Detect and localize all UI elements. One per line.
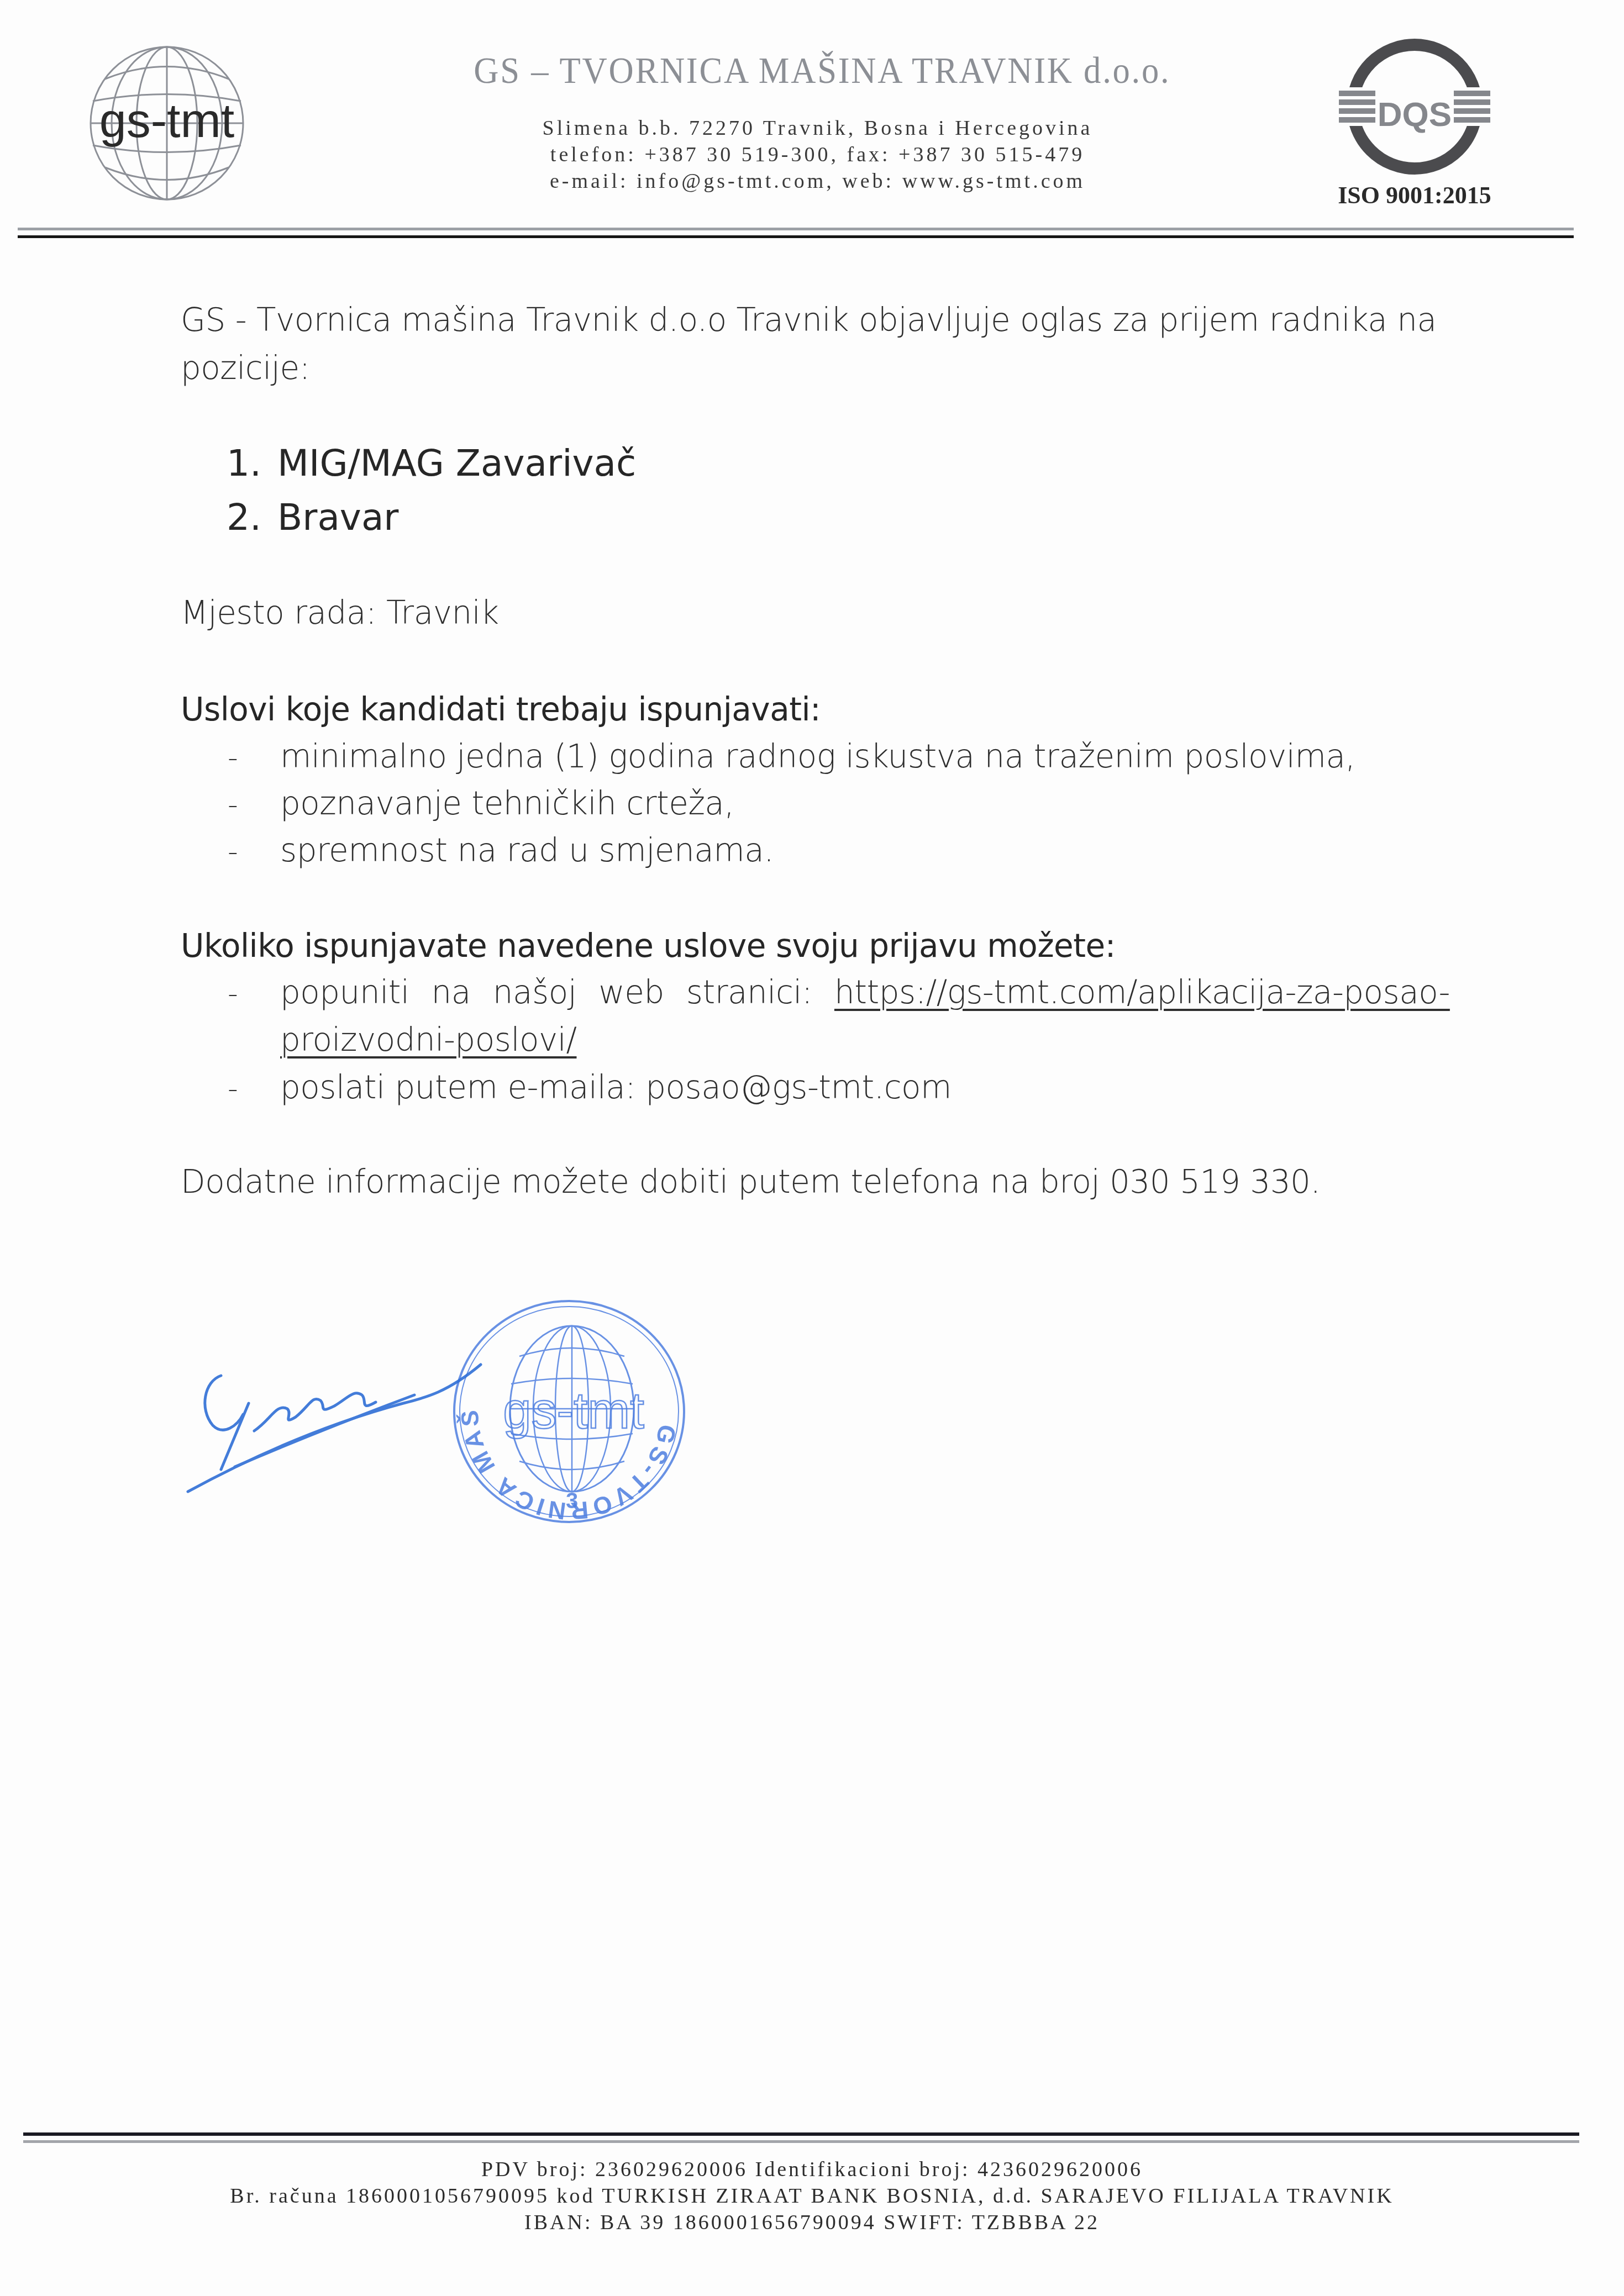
position-title: Bravar [277, 496, 399, 539]
application-form-link-part-2[interactable]: proizvodni-poslovi/ [280, 1021, 576, 1059]
condition-item: -spremnost na rad u smjenama. [228, 831, 774, 869]
dqs-certification-icon: DQS [1323, 32, 1506, 181]
stamp-number: 3 [566, 1489, 578, 1513]
bullet-dash: - [228, 977, 280, 1010]
condition-item: -poznavanje tehničkih crteža, [228, 784, 734, 822]
dqs-mark: DQS [1378, 96, 1452, 134]
additional-info: Dodatne informacije možete dobiti putem … [181, 1163, 1320, 1200]
position-number: 2. [227, 496, 277, 539]
header-divider-black [18, 235, 1574, 238]
signature [182, 1342, 492, 1503]
condition-text: poznavanje tehničkih crteža, [280, 784, 734, 822]
condition-text: spremnost na rad u smjenama. [280, 831, 774, 869]
bullet-dash: - [228, 741, 280, 775]
bullet-dash: - [228, 1072, 280, 1105]
apply-option-email: -poslati putem e-maila: posao@gs-tmt.com [228, 1068, 952, 1106]
work-location: Mjesto rada: Travnik [181, 594, 499, 631]
condition-text: minimalno jedna (1) godina radnog iskust… [280, 738, 1355, 775]
position-title: MIG/MAG Zavarivač [277, 442, 636, 485]
header-divider-grey [18, 228, 1574, 230]
condition-item: -minimalno jedna (1) godina radnog iskus… [228, 738, 1355, 775]
intro-paragraph-line-1: GS - Tvornica mašina Travnik d.o.o Travn… [181, 301, 1437, 339]
bullet-dash: - [228, 835, 280, 868]
position-number: 1. [227, 442, 277, 485]
iso-certification-label: ISO 9001:2015 [1323, 181, 1506, 209]
intro-paragraph-line-2: pozicije: [181, 349, 310, 387]
application-form-link-continued: proizvodni-poslovi/ [280, 1021, 576, 1059]
stamp-center-text: gs-tmt [503, 1383, 644, 1439]
apply-heading: Ukoliko ispunjavate navedene uslove svoj… [181, 927, 1116, 965]
position-item: 2.Bravar [227, 496, 399, 539]
footer-divider-black [23, 2132, 1579, 2136]
footer-divider-grey [23, 2140, 1579, 2143]
footer-bank-account: Br. računa 1860001056790095 kod TURKISH … [0, 2184, 1624, 2208]
bullet-dash: - [228, 788, 280, 821]
handwritten-signature-icon [182, 1342, 492, 1503]
position-item: 1.MIG/MAG Zavarivač [227, 442, 636, 485]
apply-option-web: -popuniti na našoj web stranici: https:/… [228, 973, 1450, 1011]
certification-logo: DQS [1323, 32, 1506, 181]
application-form-link[interactable]: https://gs-tmt.com/aplikacija-za-posao- [834, 973, 1450, 1011]
apply-email-text: poslati putem e-maila: posao@gs-tmt.com [280, 1068, 952, 1106]
apply-web-prefix: popuniti na našoj web stranici: [280, 973, 812, 1011]
footer-tax-ids: PDV broj: 236029620006 Identifikacioni b… [0, 2157, 1624, 2182]
conditions-heading: Uslovi koje kandidati trebaju ispunjavat… [181, 691, 821, 728]
footer-iban-swift: IBAN: BA 39 1860001656790094 SWIFT: TZBB… [0, 2210, 1624, 2235]
